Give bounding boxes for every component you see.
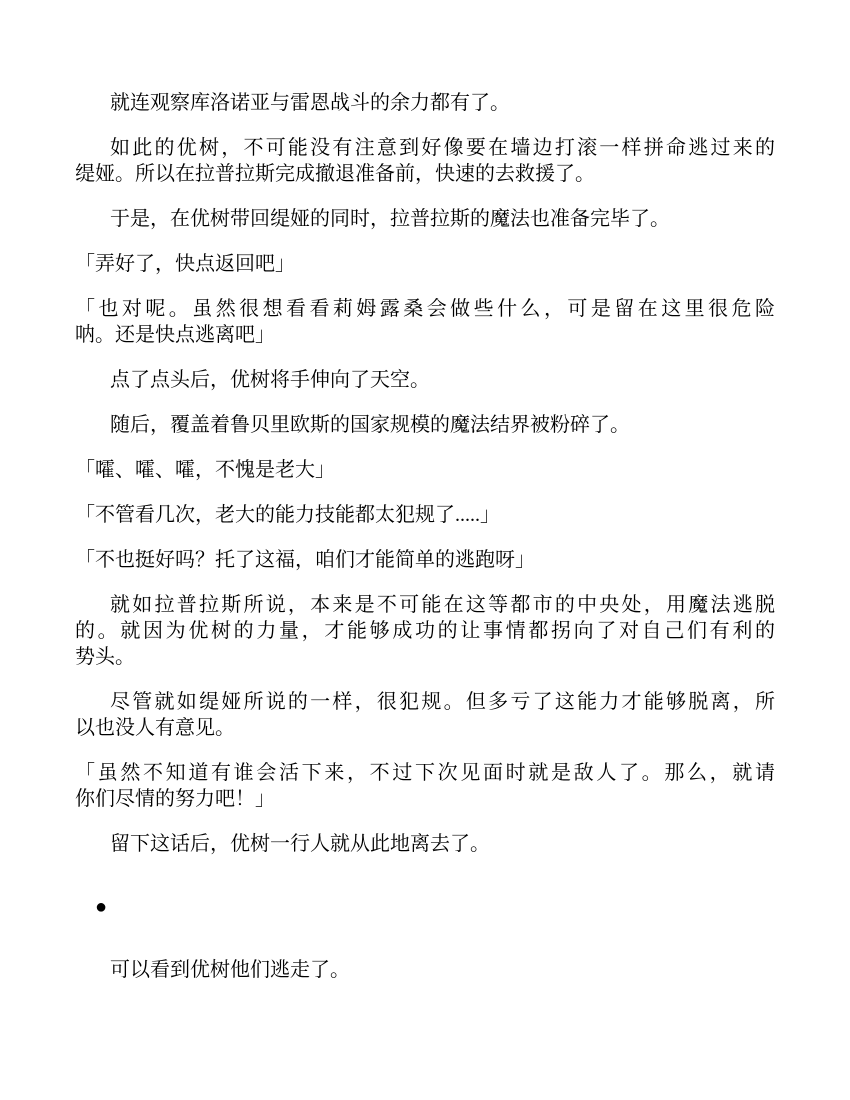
text-line: 就如拉普拉斯所说，本来是不可能在这等都市的中央处，用魔法逃脱 (75, 592, 775, 618)
narration-paragraph: 如此的优树，不可能没有注意到好像要在墙边打滚一样拼命逃过来的缇娅。所以在拉普拉斯… (75, 135, 775, 187)
narration-paragraph: 点了点头后，优树将手伸向了天空。 (75, 367, 775, 393)
text-line: 如此的优树，不可能没有注意到好像要在墙边打滚一样拼命逃过来的 (75, 135, 775, 161)
dialogue-paragraph: 「不也挺好吗？托了这福，咱们才能简单的逃跑呀」 (75, 547, 775, 573)
text-line: 于是，在优树带回缇娅的同时，拉普拉斯的魔法也准备完毕了。 (75, 206, 775, 232)
text-line: 可以看到优树他们逃走了。 (75, 957, 775, 983)
text-line: 「不管看几次，老大的能力技能都太犯规了.....」 (75, 502, 775, 528)
novel-page: 就连观察库洛诺亚与雷恩战斗的余力都有了。如此的优树，不可能没有注意到好像要在墙边… (0, 0, 850, 1100)
text-line: 就连观察库洛诺亚与雷恩战斗的余力都有了。 (75, 90, 775, 116)
text-line: 「不也挺好吗？托了这福，咱们才能简单的逃跑呀」 (75, 547, 775, 573)
text-line: 「也对呢。虽然很想看看莉姆露桑会做些什么，可是留在这里很危险 (75, 296, 775, 322)
dialogue-paragraph: 「虽然不知道有谁会活下来，不过下次见面时就是敌人了。那么，就请你们尽情的努力吧！… (75, 760, 775, 812)
text-line: 势头。 (75, 644, 775, 670)
text-line: 呐。还是快点逃离吧」 (75, 322, 775, 348)
text-line: 点了点头后，优树将手伸向了天空。 (75, 367, 775, 393)
text-line: 尽管就如缇娅所说的一样，很犯规。但多亏了这能力才能够脱离，所 (75, 689, 775, 715)
narration-paragraph: 留下这话后，优树一行人就从此地离去了。 (75, 831, 775, 857)
text-line: 「弄好了，快点返回吧」 (75, 251, 775, 277)
dialogue-paragraph: 「嚯、嚯、嚯，不愧是老大」 (75, 457, 775, 483)
page-text: 就连观察库洛诺亚与雷恩战斗的余力都有了。如此的优树，不可能没有注意到好像要在墙边… (75, 90, 775, 983)
text-line: 留下这话后，优树一行人就从此地离去了。 (75, 831, 775, 857)
bullet-glyph: ● (95, 894, 775, 920)
narration-paragraph: 可以看到优树他们逃走了。 (75, 957, 775, 983)
narration-paragraph: 随后，覆盖着鲁贝里欧斯的国家规模的魔法结界被粉碎了。 (75, 412, 775, 438)
narration-paragraph: 就如拉普拉斯所说，本来是不可能在这等都市的中央处，用魔法逃脱的。就因为优树的力量… (75, 592, 775, 670)
narration-paragraph: 尽管就如缇娅所说的一样，很犯规。但多亏了这能力才能够脱离，所以也没人有意见。 (75, 689, 775, 741)
dialogue-paragraph: 「也对呢。虽然很想看看莉姆露桑会做些什么，可是留在这里很危险呐。还是快点逃离吧」 (75, 296, 775, 348)
text-line: 的。就因为优树的力量，才能够成功的让事情都拐向了对自己们有利的 (75, 618, 775, 644)
dialogue-paragraph: 「弄好了，快点返回吧」 (75, 251, 775, 277)
text-line: 以也没人有意见。 (75, 715, 775, 741)
scene-break-bullet: ● (75, 894, 775, 920)
text-line: 「虽然不知道有谁会活下来，不过下次见面时就是敌人了。那么，就请 (75, 760, 775, 786)
dialogue-paragraph: 「不管看几次，老大的能力技能都太犯规了.....」 (75, 502, 775, 528)
narration-paragraph: 于是，在优树带回缇娅的同时，拉普拉斯的魔法也准备完毕了。 (75, 206, 775, 232)
text-line: 「嚯、嚯、嚯，不愧是老大」 (75, 457, 775, 483)
narration-paragraph: 就连观察库洛诺亚与雷恩战斗的余力都有了。 (75, 90, 775, 116)
text-line: 缇娅。所以在拉普拉斯完成撤退准备前，快速的去救援了。 (75, 161, 775, 187)
text-line: 你们尽情的努力吧！」 (75, 786, 775, 812)
text-line: 随后，覆盖着鲁贝里欧斯的国家规模的魔法结界被粉碎了。 (75, 412, 775, 438)
